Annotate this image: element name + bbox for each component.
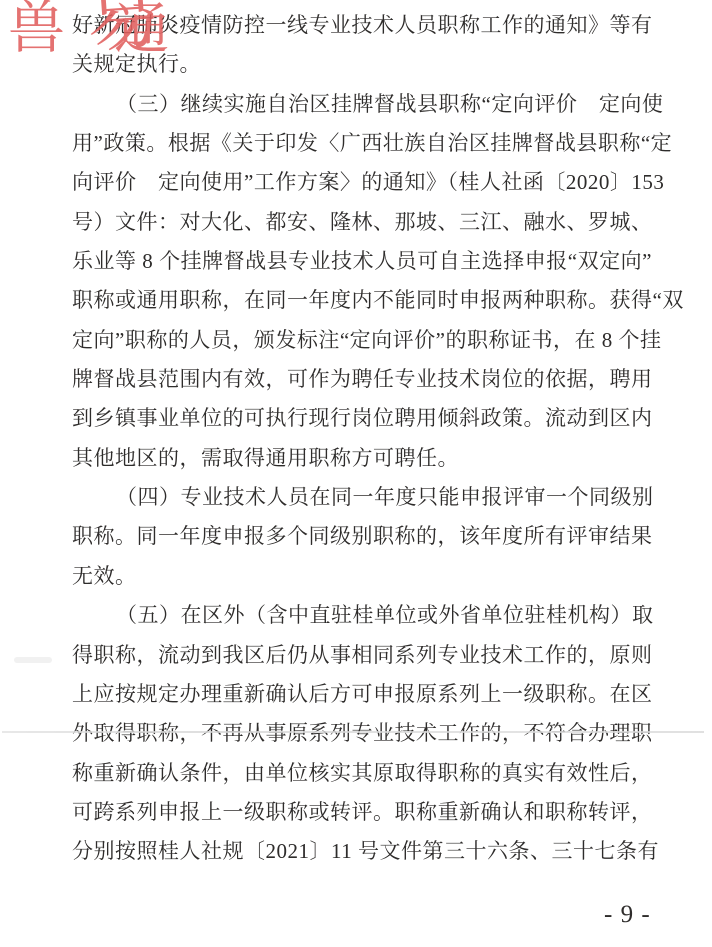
watermark-char-1: 兽 bbox=[8, 0, 65, 57]
text-line: 可跨系列申报上一级职称或转评。职称重新确认和职称转评， bbox=[72, 793, 652, 832]
text-line: 上应按规定办理重新确认后方可申报原系列上一级职称。在区 bbox=[72, 675, 652, 714]
text-line: 职称。同一年度申报多个同级别职称的，该年度所有评审结果 bbox=[72, 517, 652, 556]
text-line: 到乡镇事业单位的可执行现行岗位聘用倾斜政策。流动到区内 bbox=[72, 399, 652, 438]
text-line: 乐业等 8 个挂牌督战县专业技术人员可自主选择申报“双定向” bbox=[72, 242, 652, 281]
page-number: - 9 - bbox=[604, 901, 651, 929]
text-line: （三）继续实施自治区挂牌督战县职称“定向评价 定向使 bbox=[72, 85, 652, 124]
text-line: 职称或通用职称，在同一年度内不能同时申报两种职称。获得“双 bbox=[72, 281, 652, 320]
text-line: 关规定执行。 bbox=[72, 45, 652, 84]
text-line: 用”政策。根据《关于印发〈广西壮族自治区挂牌督战县职称“定 bbox=[72, 124, 652, 163]
text-line: 外取得职称，不再从事原系列专业技术工作的，不符合办理职 bbox=[72, 714, 652, 753]
text-line: 号）文件：对大化、都安、隆林、那坡、三江、融水、罗城、 bbox=[72, 203, 652, 242]
scan-artifact-smudge bbox=[14, 657, 52, 663]
text-line: 牌督战县范围内有效，可作为聘任专业技术岗位的依据，聘用 bbox=[72, 360, 652, 399]
document-page: 兽 易 通 好新冠肺炎疫情防控一线专业技术人员职称工作的通知》等有 关规定执行。… bbox=[0, 0, 712, 947]
text-line: 其他地区的，需取得通用职称方可聘任。 bbox=[72, 439, 652, 478]
text-line: 称重新确认条件，由单位核实其原取得职称的真实有效性后， bbox=[72, 754, 652, 793]
text-line: 定向”职称的人员，颁发标注“定向评价”的职称证书，在 8 个挂 bbox=[72, 321, 652, 360]
document-body: 好新冠肺炎疫情防控一线专业技术人员职称工作的通知》等有 关规定执行。 （三）继续… bbox=[72, 6, 652, 872]
text-line: 分别按照桂人社规〔2021〕11 号文件第三十六条、三十七条有 bbox=[72, 832, 652, 871]
text-line: （五）在区外（含中直驻桂单位或外省单位驻桂机构）取 bbox=[72, 596, 652, 635]
text-line: 向评价 定向使用”工作方案〉的通知》（桂人社函〔2020〕153 bbox=[72, 163, 652, 202]
text-line: 好新冠肺炎疫情防控一线专业技术人员职称工作的通知》等有 bbox=[72, 6, 652, 45]
text-line: 无效。 bbox=[72, 557, 652, 596]
text-line: （四）专业技术人员在同一年度只能申报评审一个同级别 bbox=[72, 478, 652, 517]
text-line: 得职称，流动到我区后仍从事相同系列专业技术工作的，原则 bbox=[72, 636, 652, 675]
